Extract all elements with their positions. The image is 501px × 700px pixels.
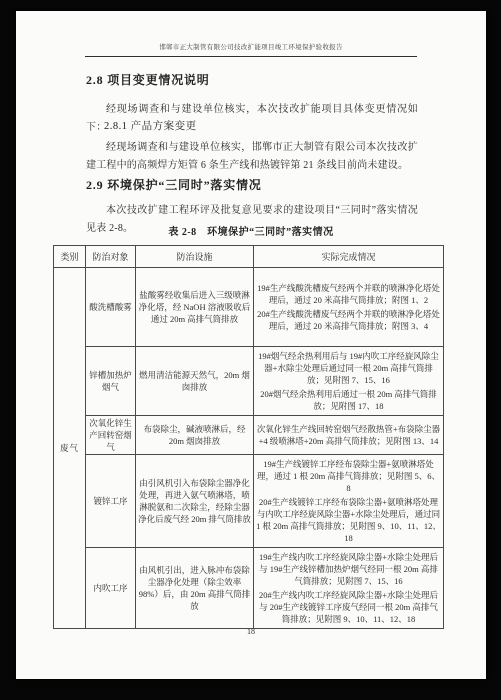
table-header-row: 类别 防治对象 防治设施 实际完成情况 — [54, 246, 444, 268]
result-item: 20#生产线内吹工序经旋风除尘器+水除尘处理后与 20#生产线镀锌工序废气经同一… — [256, 589, 441, 625]
paragraph-2-8-1: 经现场调查和与建设单位核实，邯郸市正大制管有限公司本次技改扩建工程中的高频焊方矩… — [86, 139, 418, 175]
target-cell: 次氧化锌生产回转窑烟气 — [86, 416, 136, 455]
page-number: 18 — [16, 627, 486, 636]
section-heading-2-8-1: 2.8.1 产品方案变更 — [104, 121, 197, 133]
running-header: 邯郸市正大制管有限公司技改扩能项目竣工环境保护验收报告 — [85, 44, 417, 57]
col-header-category: 类别 — [54, 246, 86, 268]
table-caption: 表 2-8 环境保护“三同时”落实情况 — [16, 223, 486, 238]
col-header-facility: 防治设施 — [136, 246, 254, 268]
result-item: 20#烟气经余热利用后通过一根 20m 高排气筒排放；见附图 17、18 — [256, 388, 441, 412]
result-cell: 19#烟气经余热利用后与 19#内吹工序经旋风除尘器+水除尘处理后通过同一根 2… — [254, 347, 444, 416]
section-heading-2-8: 2.8 项目变更情况说明 — [86, 73, 210, 87]
result-item: 次氧化锌生产线回转窑烟气经散热管+布袋除尘器+4 级喷淋塔+20m 高排气筒排放… — [256, 423, 441, 447]
document-page: 邯郸市正大制管有限公司技改扩能项目竣工环境保护验收报告 2.8 项目变更情况说明… — [16, 11, 486, 679]
result-item: 19#生产线酸洗槽废气经两个并联的喷淋净化塔处理后，通过 20 米高排气筒排放；… — [256, 282, 441, 306]
facility-cell: 盐酸雾经收集后进入三级喷淋净化塔，经 NaOH 溶液吸收后通过 20m 高排气筒… — [136, 268, 254, 347]
result-item: 20#生产线酸洗槽废气经两个并联的喷淋净化塔处理后，通过 20 米高排气筒排放；… — [256, 308, 441, 332]
result-item: 19#生产线内吹工序经旋风除尘器+水除尘处理后与 19#生产线锌槽加热炉烟气经同… — [256, 551, 441, 587]
result-cell: 19#生产线镀锌工序经布袋除尘器+氨喷淋塔处理，通过 1 根 20m 高排气筒排… — [254, 455, 444, 548]
facility-cell: 燃用清洁能源天然气，20m 烟囱排放 — [136, 347, 254, 416]
table-row-rotary-kiln: 次氧化锌生产回转窑烟气 布袋除尘，碱液喷淋后，经 20m 烟囱排放 次氧化锌生产… — [54, 416, 444, 455]
target-cell: 酸洗槽酸雾 — [86, 268, 136, 347]
target-cell: 锌槽加热炉烟气 — [86, 347, 136, 416]
result-item: 20#生产线镀锌工序经布袋除尘器+氨喷淋塔处理与内吹工序经旋风除尘器+水除尘处理… — [256, 496, 441, 544]
facility-cell: 布袋除尘，碱液喷淋后，经 20m 烟囱排放 — [136, 416, 254, 455]
result-item: 19#生产线镀锌工序经布袋除尘器+氨喷淋塔处理，通过 1 根 20m 高排气筒排… — [256, 458, 441, 494]
col-header-target: 防治对象 — [86, 246, 136, 268]
facility-cell: 由引风机引入布袋除尘器净化处理，再进入氨气喷淋塔，喷淋脱氨和二次除尘，经除尘器净… — [136, 455, 254, 548]
target-cell: 内吹工序 — [86, 548, 136, 629]
facility-cell: 由风机引出，进入脉冲布袋除尘器净化处理（除尘效率 98%）后，由 20m 高排气… — [136, 548, 254, 629]
target-cell: 镀锌工序 — [86, 455, 136, 548]
table-row-zinc-furnace: 锌槽加热炉烟气 燃用清洁能源天然气，20m 烟囱排放 19#烟气经余热利用后与 … — [54, 347, 444, 416]
result-cell: 19#生产线酸洗槽废气经两个并联的喷淋净化塔处理后，通过 20 米高排气筒排放；… — [254, 268, 444, 347]
category-cell: 废气 — [54, 268, 86, 629]
col-header-result: 实际完成情况 — [254, 246, 444, 268]
result-cell: 次氧化锌生产线回转窑烟气经散热管+布袋除尘器+4 级喷淋塔+20m 高排气筒排放… — [254, 416, 444, 455]
table-row-galvanizing: 镀锌工序 由引风机引入布袋除尘器净化处理，再进入氨气喷淋塔，喷淋脱氨和二次除尘，… — [54, 455, 444, 548]
screenshot-root: { "running_head": "邯郸市正大制管有限公司技改扩能项目竣工环境… — [0, 0, 501, 700]
result-cell: 19#生产线内吹工序经旋风除尘器+水除尘处理后与 19#生产线锌槽加热炉烟气经同… — [254, 548, 444, 629]
table-row-acid-mist: 废气 酸洗槽酸雾 盐酸雾经收集后进入三级喷淋净化塔，经 NaOH 溶液吸收后通过… — [54, 268, 444, 347]
section-heading-2-9: 2.9 环境保护“三同时”落实情况 — [86, 178, 262, 192]
three-simultaneous-table: 类别 防治对象 防治设施 实际完成情况 废气 酸洗槽酸雾 盐酸雾经收集后进入三级… — [53, 245, 444, 629]
table-row-inner-blowing: 内吹工序 由风机引出，进入脉冲布袋除尘器净化处理（除尘效率 98%）后，由 20… — [54, 548, 444, 629]
result-item: 19#烟气经余热利用后与 19#内吹工序经旋风除尘器+水除尘处理后通过同一根 2… — [256, 350, 441, 386]
